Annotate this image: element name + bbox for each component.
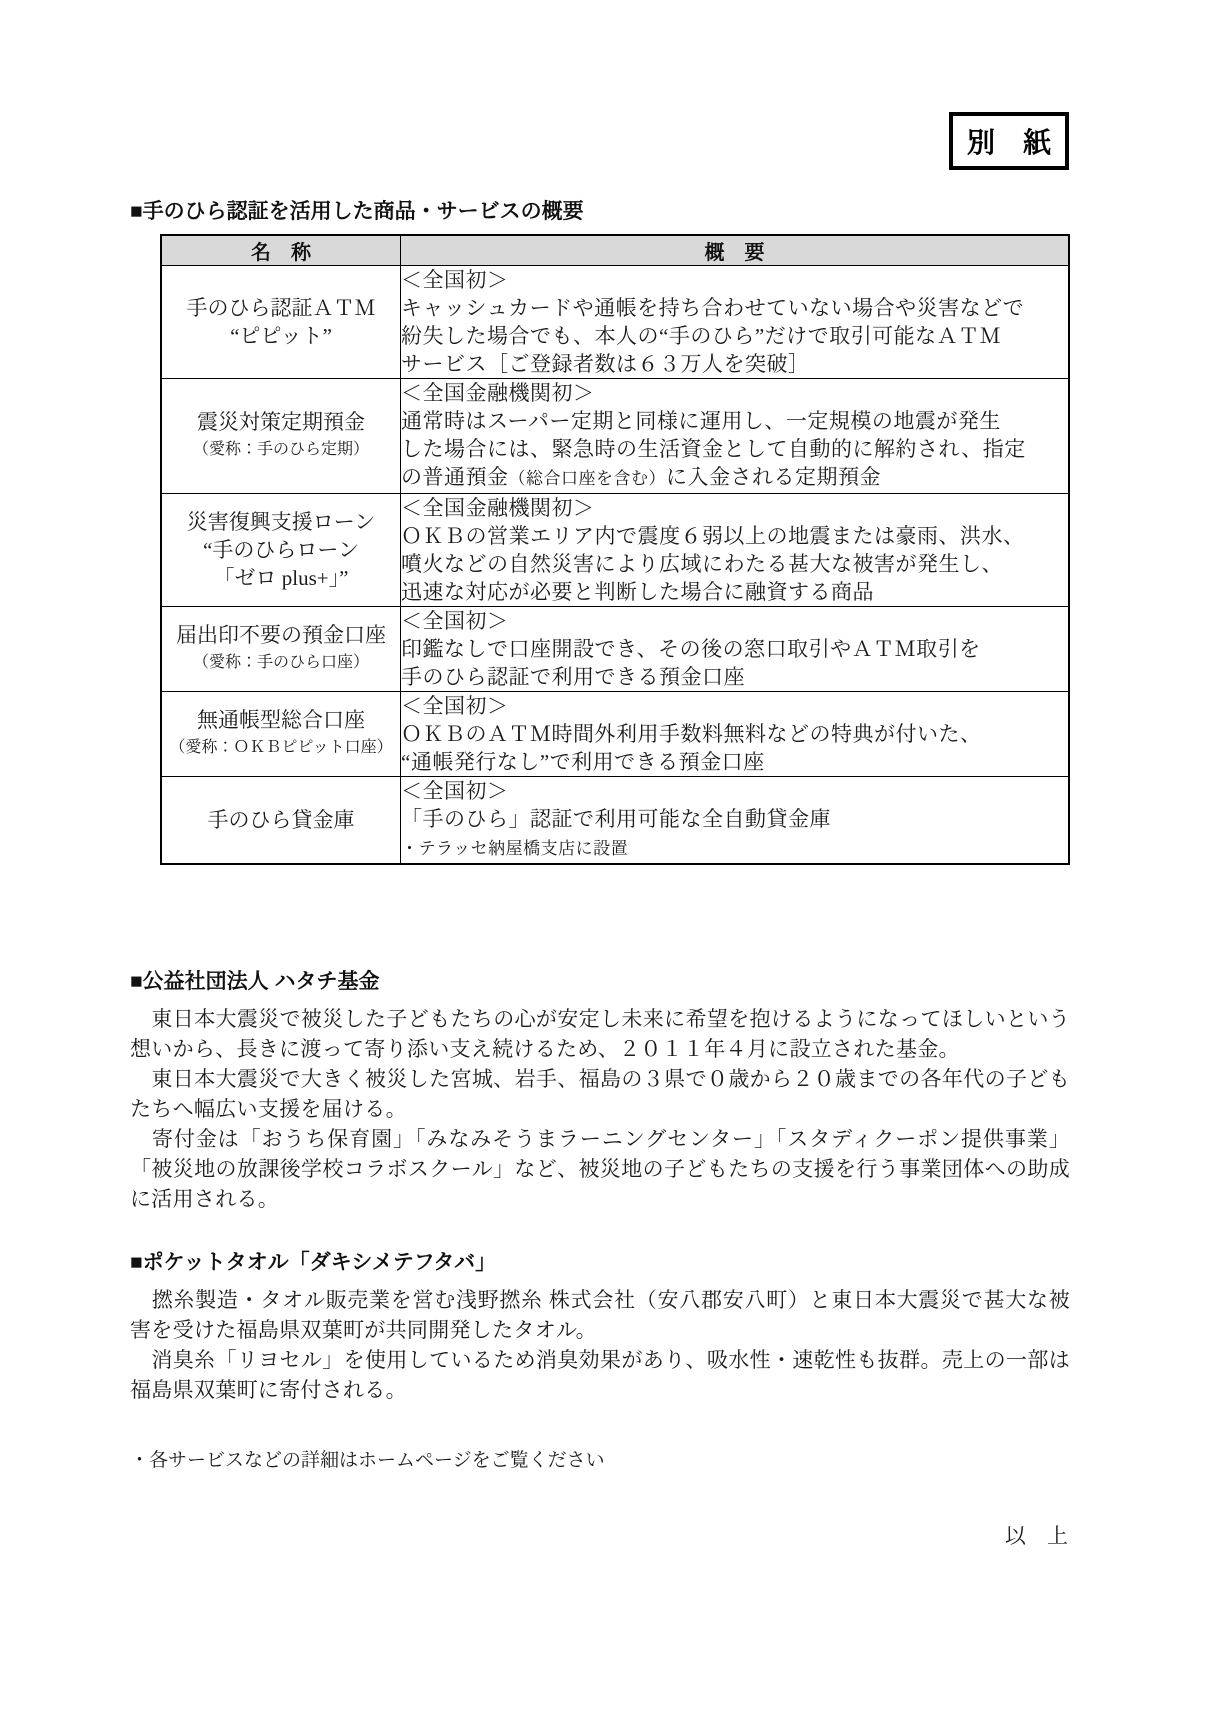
overview-text-segment: ＜全国金融機関初＞ — [401, 496, 595, 520]
overview-text-segment: “通帳発行なし”で利用できる預金口座 — [401, 750, 765, 774]
overview-text-segment: ＜全国初＞ — [401, 609, 509, 633]
overview-line: 紛失した場合でも、本人の“手のひら”だけで取引可能なＡＴＭ — [401, 322, 1068, 350]
overview-line: 「手のひら」認証で利用可能な全自動貸金庫 — [401, 805, 1068, 833]
product-overview-cell: ＜全国初＞印鑑なしで口座開設でき、その後の窓口取引やＡＴＭ取引を手のひら認証で利… — [401, 607, 1070, 692]
product-name-line: （愛称：ＯＫＢピピット口座） — [162, 734, 400, 762]
products-section-heading: ■手のひら認証を活用した商品・サービスの概要 — [130, 0, 1080, 225]
hatachi-paragraphs: 東日本大震災で被災した子どもたちの心が安定し未来に希望を抱けるようになってほしい… — [130, 1004, 1070, 1214]
overview-text-segment: の普通預金 — [401, 465, 509, 489]
product-overview-cell: ＜全国金融機関初＞通常時はスーパー定期と同様に運用し、一定規模の地震が発生した場… — [401, 379, 1070, 494]
overview-text-segment: 迅速な対応が必要と判断した場合に融資する商品 — [401, 580, 874, 604]
overview-text-segment: ・テラッセ納屋橋支店に設置 — [401, 839, 628, 858]
overview-line: ＯＫＢのＡＴＭ時間外利用手数料無料などの特典が付いた、 — [401, 720, 1068, 748]
paragraph: 東日本大震災で被災した子どもたちの心が安定し未来に希望を抱けるようになってほしい… — [130, 1004, 1070, 1064]
overview-text-segment: 通常時はスーパー定期と同様に運用し、一定規模の地震が発生 — [401, 409, 1001, 433]
towel-section-heading: ■ポケットタオル「ダキシメテフタバ」 — [130, 1246, 1080, 1276]
hatachi-section-heading: ■公益社団法人 ハタチ基金 — [130, 965, 1080, 995]
name-column-header: 名 称 — [161, 235, 401, 266]
product-name-line: （愛称：手のひら定期） — [162, 436, 400, 464]
overview-text-segment: した場合には、緊急時の生活資金として自動的に解約され、指定 — [401, 437, 1026, 461]
product-name-cell: 届出印不要の預金口座（愛称：手のひら口座） — [161, 607, 401, 692]
overview-text-segment: 手のひら認証で利用できる預金口座 — [401, 665, 745, 689]
overview-line: ＜全国金融機関初＞ — [401, 494, 1068, 522]
overview-line: ＜全国初＞ — [401, 266, 1068, 294]
overview-line: ＯＫＢの営業エリア内で震度６弱以上の地震または豪雨、洪水、 — [401, 522, 1068, 550]
product-name-line: 災害復興支援ローン — [162, 508, 400, 536]
overview-line: ＜全国初＞ — [401, 692, 1068, 720]
overview-text-segment: （総合口座を含む） — [509, 469, 667, 488]
table-row: 届出印不要の預金口座（愛称：手のひら口座）＜全国初＞印鑑なしで口座開設でき、その… — [161, 607, 1069, 692]
product-name-line: “ピピット” — [162, 322, 400, 350]
product-name-cell: 無通帳型総合口座（愛称：ＯＫＢピピット口座） — [161, 692, 401, 777]
table-row: 震災対策定期預金（愛称：手のひら定期）＜全国金融機関初＞通常時はスーパー定期と同… — [161, 379, 1069, 494]
paragraph: 東日本大震災で大きく被災した宮城、岩手、福島の３県で０歳から２０歳までの各年代の… — [130, 1064, 1070, 1124]
table-header-row: 名 称 概 要 — [161, 235, 1069, 266]
attachment-label: 別 紙 — [967, 121, 1051, 161]
overview-text-segment: サービス［ご登録者数は６３万人を突破］ — [401, 352, 810, 376]
product-name-line: 手のひら貸金庫 — [162, 806, 400, 834]
overview-text-segment: に入金される定期預金 — [666, 465, 881, 489]
product-name-line: “手のひらローン — [162, 536, 400, 564]
overview-line: 通常時はスーパー定期と同様に運用し、一定規模の地震が発生 — [401, 407, 1068, 435]
overview-line: した場合には、緊急時の生活資金として自動的に解約され、指定 — [401, 435, 1068, 463]
product-name-line: 無通帳型総合口座 — [162, 706, 400, 734]
overview-line: 噴火などの自然災害により広域にわたる甚大な被害が発生し、 — [401, 550, 1068, 578]
paragraph: 撚糸製造・タオル販売業を営む浅野撚糸 株式会社（安八郡安八町）と東日本大震災で甚… — [130, 1285, 1070, 1345]
overview-text-segment: 印鑑なしで口座開設でき、その後の窓口取引やＡＴＭ取引を — [401, 637, 981, 661]
table-row: 手のひら貸金庫＜全国初＞「手のひら」認証で利用可能な全自動貸金庫・テラッセ納屋橋… — [161, 777, 1069, 865]
overview-text-segment: ＜全国初＞ — [401, 268, 509, 292]
overview-text-segment: ＜全国金融機関初＞ — [401, 381, 595, 405]
overview-line: ＜全国金融機関初＞ — [401, 379, 1068, 407]
overview-line: 迅速な対応が必要と判断した場合に融資する商品 — [401, 578, 1068, 606]
product-name-line: 震災対策定期預金 — [162, 408, 400, 436]
paragraph: 寄付金は「おうち保育園」「みなみそうまラーニングセンター」「スタディクーポン提供… — [130, 1124, 1070, 1214]
paragraph: 消臭糸「リヨセル」を使用しているため消臭効果があり、吸水性・速乾性も抜群。売上の… — [130, 1345, 1070, 1405]
overview-column-header: 概 要 — [401, 235, 1070, 266]
overview-text-segment: ＯＫＢの営業エリア内で震度６弱以上の地震または豪雨、洪水、 — [401, 524, 1025, 548]
overview-line: 手のひら認証で利用できる預金口座 — [401, 663, 1068, 691]
products-table-head: 名 称 概 要 — [161, 235, 1069, 266]
product-name-cell: 震災対策定期預金（愛称：手のひら定期） — [161, 379, 401, 494]
overview-line: ＜全国初＞ — [401, 777, 1068, 805]
closing-mark: 以 上 — [130, 1520, 1080, 1550]
document-content: ■手のひら認証を活用した商品・サービスの概要 名 称 概 要 手のひら認証ＡＴＭ… — [0, 0, 1210, 1550]
overview-text-segment: ＜全国初＞ — [401, 694, 509, 718]
overview-line: キャッシュカードや通帳を持ち合わせていない場合や災害などで — [401, 294, 1068, 322]
attachment-stamp-box: 別 紙 — [949, 112, 1069, 170]
table-row: 災害復興支援ローン“手のひらローン「ゼロ plus+」”＜全国金融機関初＞ＯＫＢ… — [161, 494, 1069, 607]
overview-line: 印鑑なしで口座開設でき、その後の窓口取引やＡＴＭ取引を — [401, 635, 1068, 663]
overview-text-segment: ＜全国初＞ — [401, 779, 509, 803]
towel-paragraphs: 撚糸製造・タオル販売業を営む浅野撚糸 株式会社（安八郡安八町）と東日本大震災で甚… — [130, 1285, 1070, 1405]
overview-line: サービス［ご登録者数は６３万人を突破］ — [401, 350, 1068, 378]
product-overview-cell: ＜全国金融機関初＞ＯＫＢの営業エリア内で震度６弱以上の地震または豪雨、洪水、噴火… — [401, 494, 1070, 607]
product-name-line: 手のひら認証ＡＴＭ — [162, 294, 400, 322]
overview-text-segment: 「手のひら」認証で利用可能な全自動貸金庫 — [401, 807, 831, 831]
product-name-line: 届出印不要の預金口座 — [162, 621, 400, 649]
product-overview-cell: ＜全国初＞ＯＫＢのＡＴＭ時間外利用手数料無料などの特典が付いた、“通帳発行なし”… — [401, 692, 1070, 777]
product-name-cell: 手のひら貸金庫 — [161, 777, 401, 865]
overview-text-segment: キャッシュカードや通帳を持ち合わせていない場合や災害などで — [401, 296, 1024, 320]
product-name-cell: 災害復興支援ローン“手のひらローン「ゼロ plus+」” — [161, 494, 401, 607]
product-name-line: 「ゼロ plus+」” — [162, 564, 400, 592]
document-page: 別 紙 ■手のひら認証を活用した商品・サービスの概要 名 称 概 要 手のひら認… — [0, 0, 1210, 1713]
overview-line: の普通預金（総合口座を含む）に入金される定期預金 — [401, 463, 1068, 493]
product-name-line: （愛称：手のひら口座） — [162, 649, 400, 677]
overview-text-segment: 噴火などの自然災害により広域にわたる甚大な被害が発生し、 — [401, 552, 1003, 576]
overview-text-segment: 紛失した場合でも、本人の“手のひら”だけで取引可能なＡＴＭ — [401, 324, 1001, 348]
table-row: 無通帳型総合口座（愛称：ＯＫＢピピット口座）＜全国初＞ＯＫＢのＡＴＭ時間外利用手… — [161, 692, 1069, 777]
overview-line: ＜全国初＞ — [401, 607, 1068, 635]
products-table: 名 称 概 要 手のひら認証ＡＴＭ“ピピット”＜全国初＞キャッシュカードや通帳を… — [160, 234, 1070, 865]
product-overview-cell: ＜全国初＞キャッシュカードや通帳を持ち合わせていない場合や災害などで紛失した場合… — [401, 266, 1070, 379]
product-overview-cell: ＜全国初＞「手のひら」認証で利用可能な全自動貸金庫・テラッセ納屋橋支店に設置 — [401, 777, 1070, 865]
products-table-body: 手のひら認証ＡＴＭ“ピピット”＜全国初＞キャッシュカードや通帳を持ち合わせていな… — [161, 266, 1069, 865]
overview-text-segment: ＯＫＢのＡＴＭ時間外利用手数料無料などの特典が付いた、 — [401, 722, 982, 746]
services-detail-footnote: ・各サービスなどの詳細はホームページをご覧ください — [130, 1445, 1080, 1472]
overview-line: ・テラッセ納屋橋支店に設置 — [401, 833, 1068, 863]
product-name-cell: 手のひら認証ＡＴＭ“ピピット” — [161, 266, 401, 379]
overview-line: “通帳発行なし”で利用できる預金口座 — [401, 748, 1068, 776]
table-row: 手のひら認証ＡＴＭ“ピピット”＜全国初＞キャッシュカードや通帳を持ち合わせていな… — [161, 266, 1069, 379]
